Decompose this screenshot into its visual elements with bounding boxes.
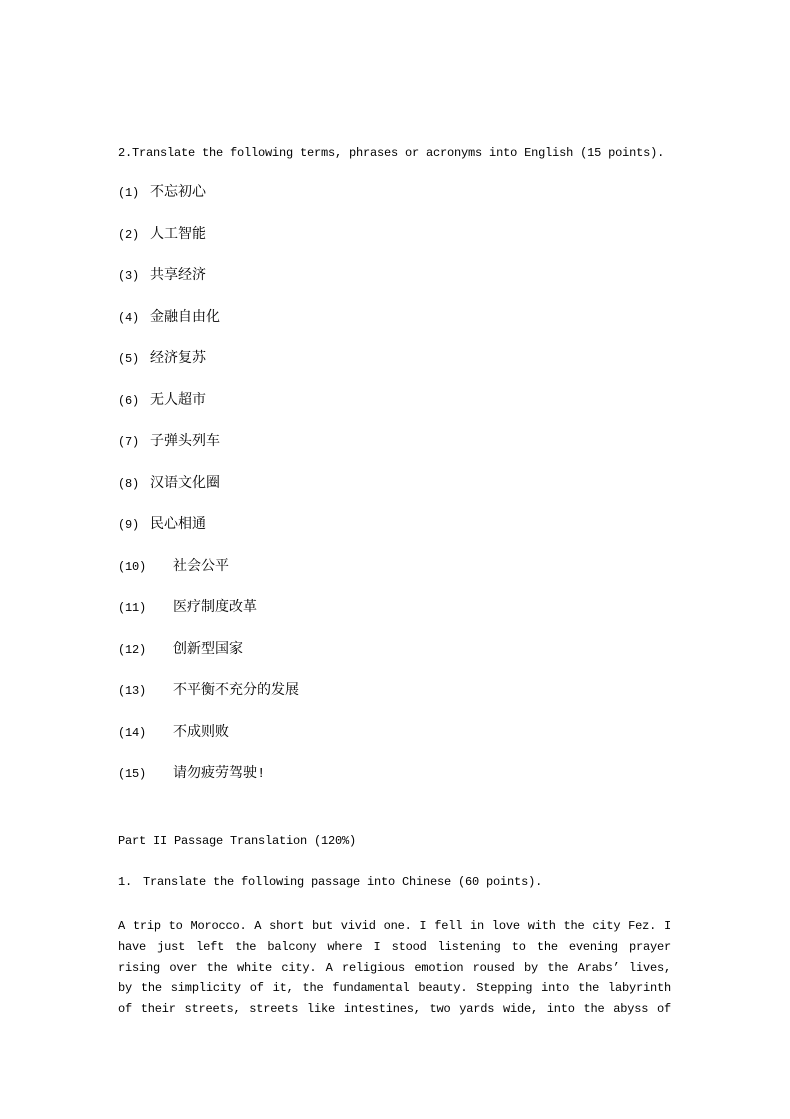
term-number: (7) (118, 434, 150, 450)
term-text: 民心相通 (150, 517, 206, 533)
term-number: (8) (118, 476, 150, 492)
term-item: (1)不忘初心 (118, 185, 678, 201)
term-text: 不忘初心 (150, 185, 206, 201)
term-item: (10)社会公平 (118, 559, 678, 575)
passage-line: rising over the white city. A religious … (118, 958, 671, 979)
term-number: (5) (118, 351, 150, 367)
term-item: (7)子弹头列车 (118, 434, 678, 450)
term-number: (13) (118, 683, 173, 699)
question-text: Translate the following passage into Chi… (143, 875, 542, 889)
term-number: (10) (118, 559, 173, 575)
term-item: (11)医疗制度改革 (118, 600, 678, 616)
part2-section-heading: Part II Passage Translation (120%) (118, 833, 678, 849)
term-text: 请勿疲劳驾驶! (173, 766, 265, 782)
term-item: (5)经济复苏 (118, 351, 678, 367)
term-item: (6)无人超市 (118, 393, 678, 409)
question-heading: 1.Translate the following passage into C… (118, 874, 678, 890)
term-number: (12) (118, 642, 173, 658)
term-text: 不成则败 (173, 725, 229, 741)
passage-paragraph: A trip to Morocco. A short but vivid one… (118, 916, 671, 1020)
term-text: 金融自由化 (150, 310, 220, 326)
term-number: (3) (118, 268, 150, 284)
term-item: (13)不平衡不充分的发展 (118, 683, 678, 699)
passage-line: A trip to Morocco. A short but vivid one… (118, 916, 671, 937)
passage-line: by the simplicity of it, the fundamental… (118, 978, 671, 999)
term-text: 社会公平 (173, 559, 229, 575)
terms-section-heading: 2.Translate the following terms, phrases… (118, 145, 678, 161)
term-text: 医疗制度改革 (173, 600, 257, 616)
term-item: (3)共享经济 (118, 268, 678, 284)
term-number: (14) (118, 725, 173, 741)
term-number: (2) (118, 227, 150, 243)
term-number: (1) (118, 185, 150, 201)
term-item: (14)不成则败 (118, 725, 678, 741)
term-text: 子弹头列车 (150, 434, 220, 450)
term-number: (6) (118, 393, 150, 409)
term-text: 汉语文化圈 (150, 476, 220, 492)
term-text: 经济复苏 (150, 351, 206, 367)
term-text: 无人超市 (150, 393, 206, 409)
term-number: (4) (118, 310, 150, 326)
term-item: (9)民心相通 (118, 517, 678, 533)
term-item: (2)人工智能 (118, 227, 678, 243)
term-number: (9) (118, 517, 150, 533)
term-text: 人工智能 (150, 227, 206, 243)
term-text: 不平衡不充分的发展 (173, 683, 299, 699)
term-item: (8)汉语文化圈 (118, 476, 678, 492)
term-item: (15)请勿疲劳驾驶! (118, 766, 678, 782)
term-number: (15) (118, 766, 173, 782)
term-item: (12)创新型国家 (118, 642, 678, 658)
document-page: 2.Translate the following terms, phrases… (118, 145, 678, 1020)
term-text: 创新型国家 (173, 642, 243, 658)
term-number: (11) (118, 600, 173, 616)
passage-line: have just left the balcony where I stood… (118, 937, 671, 958)
term-item: (4)金融自由化 (118, 310, 678, 326)
term-text: 共享经济 (150, 268, 206, 284)
question-number: 1. (118, 874, 143, 890)
passage-line: of their streets, streets like intestine… (118, 999, 671, 1020)
